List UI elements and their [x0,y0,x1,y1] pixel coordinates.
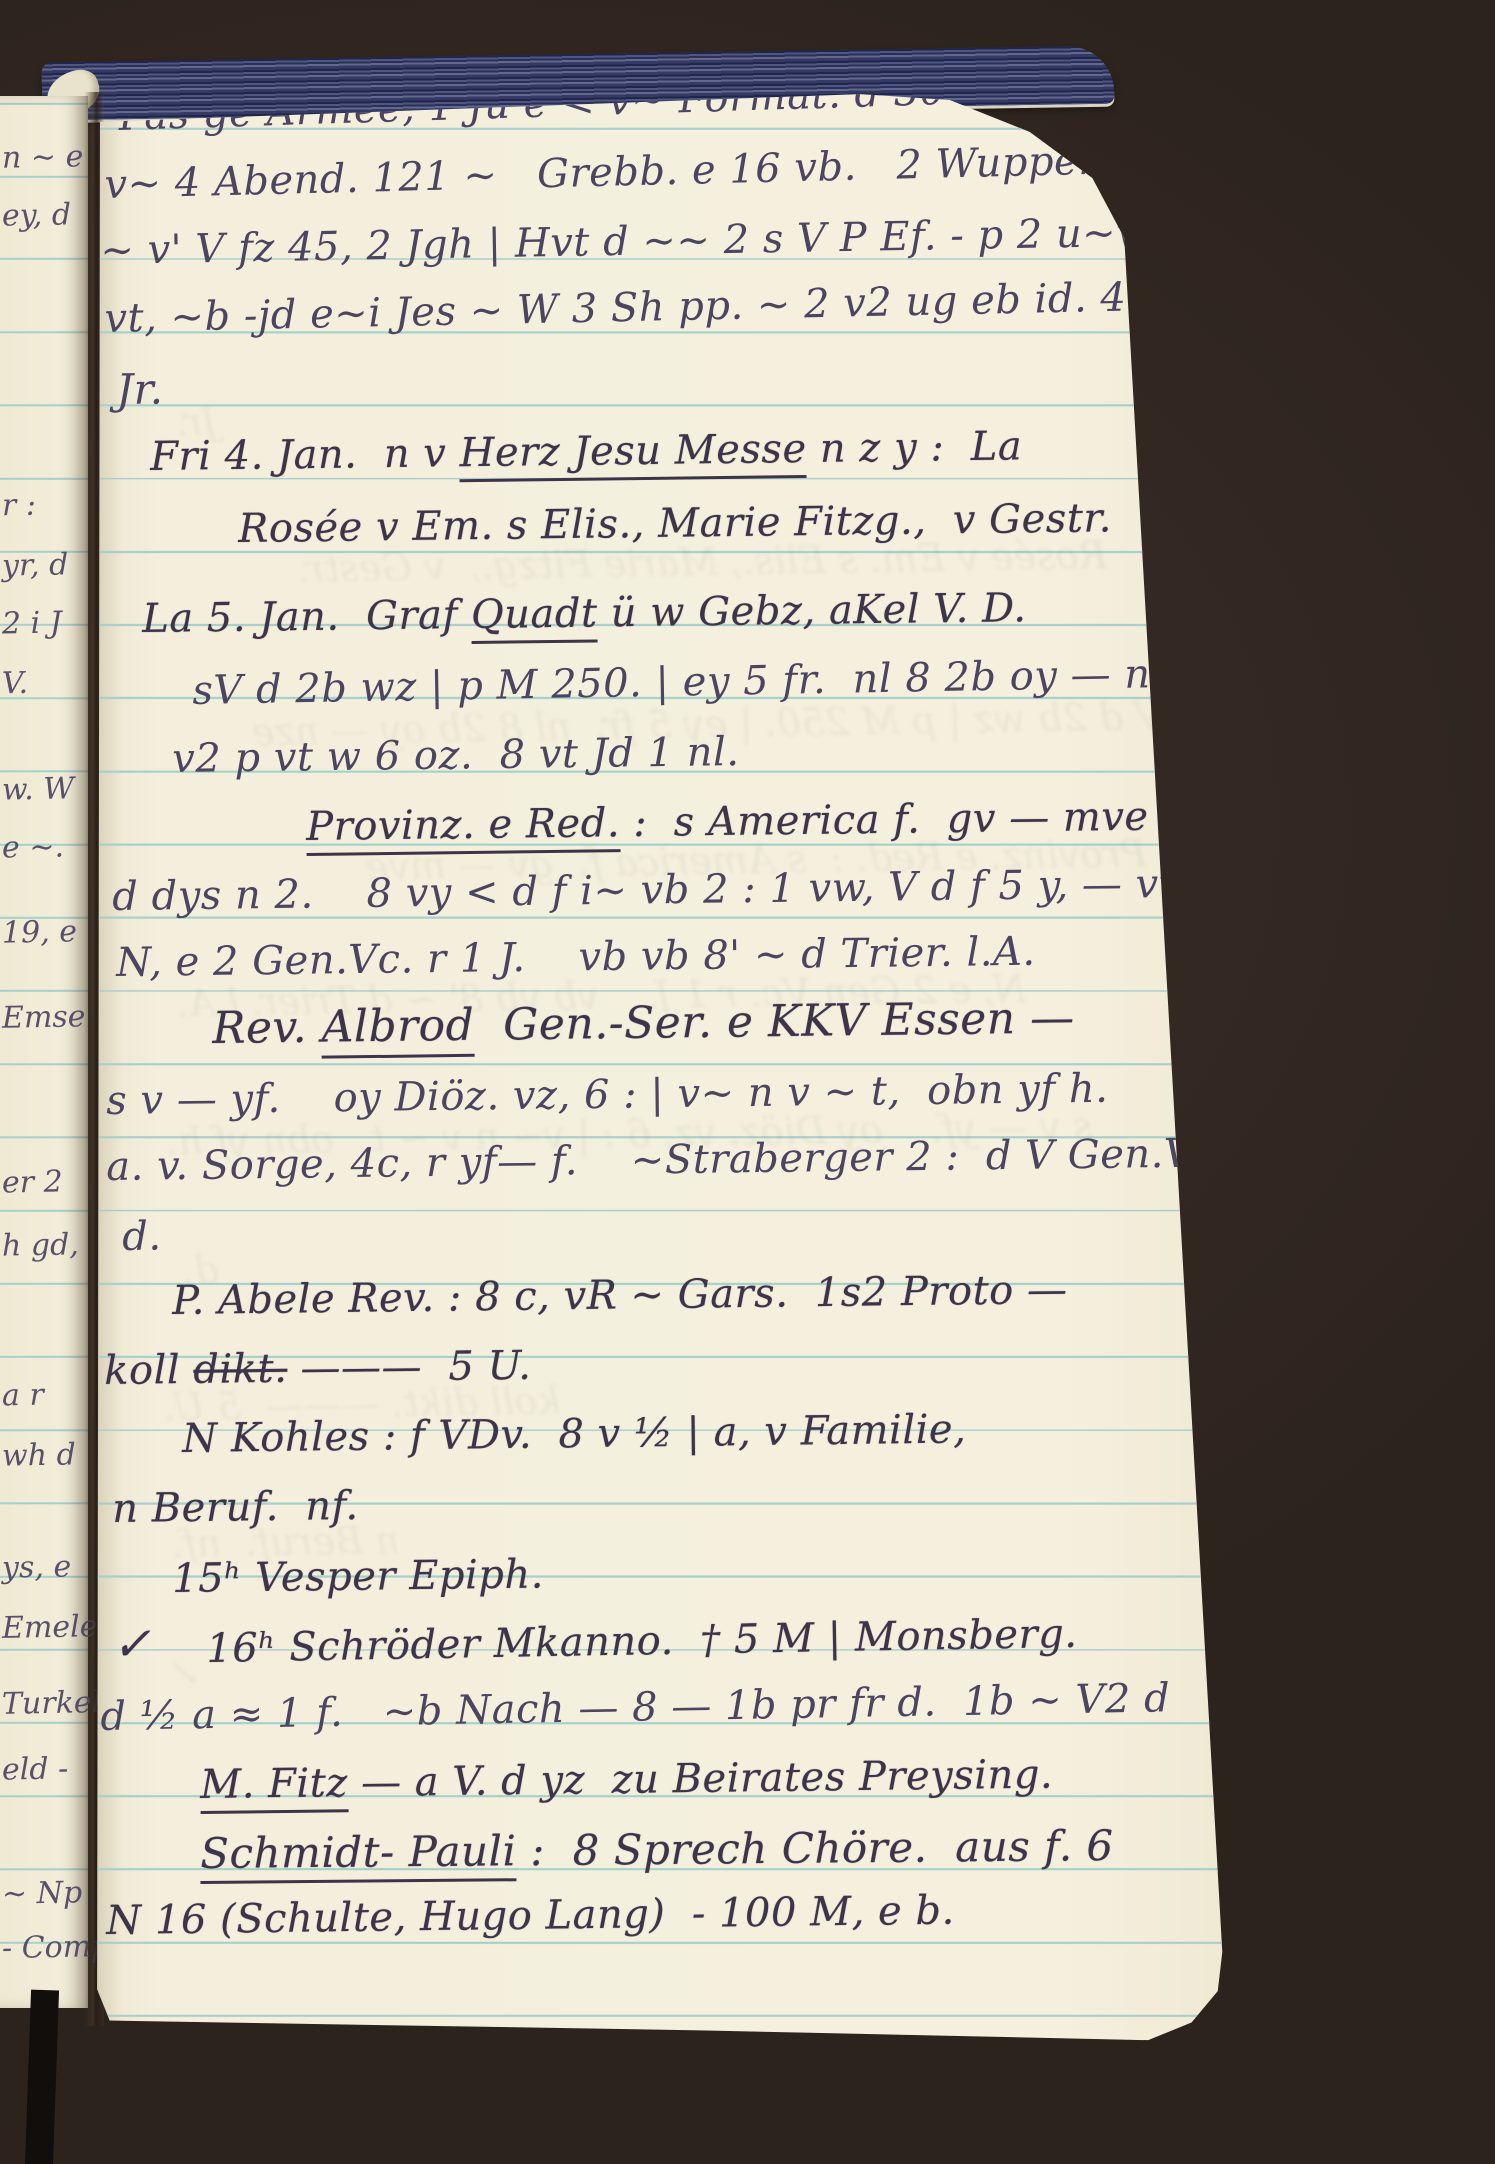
handwritten-line: Jr. [116,367,164,412]
margin-fragment: yr, d [2,547,69,583]
handwritten-line: ~ v' V fz 45, 2 Jgh | Hvt d ~~ 2 s V P E… [100,212,1154,272]
handwriting-segment: : s America f. gv — mve [620,794,1149,846]
margin-fragment: h gd, [2,1227,79,1263]
underlined-word: Provinz. e Red. [306,800,620,856]
handwriting-segment: Fri 4. Jan. n v [150,430,460,480]
handwritten-line: 15ʰ Vesper Epiph. [172,1553,544,1600]
handwriting-segment: — a V. d yz zu Beirates Preysing. [348,1752,1054,1807]
handwriting-segment: vt, ~b -jd e~i Jes ~ W 3 Sh pp. ~ 2 v2 u… [104,272,1229,342]
handwritten-line: v2 p vt w 6 oz. 8 vt Jd 1 nl. [172,731,740,780]
margin-fragment: n ~ e [2,139,84,175]
handwriting-segment: d ½ a ≈ 1 f. ~b Nach — 8 — 1b pr fr d. 1… [100,1675,1171,1740]
handwritten-line: N 16 (Schulte, Hugo Lang) - 100 M, e b. [106,1890,955,1942]
handwritten-line: n Beruf. nf. [112,1485,359,1530]
handwriting-segment: ~ v' V fz 45, 2 Jgh | Hvt d ~~ 2 s V P E… [100,210,1154,274]
handwritten-line: N Kohles : f VDv. 8 v ½ | a, v Familie, [182,1408,967,1460]
handwritten-line: Rev. Albrod Gen.-Ser. e KKV Essen — [212,995,1075,1052]
handwriting-segment: sV d 2b wz | p M 250. | ey 5 fr. nl 8 2b… [192,650,1197,714]
margin-fragment: 2 i J [2,605,62,641]
handwritten-line: v~ 4 Abend. 121 ~ Grebb. e 16 vb. 2 Wupp… [104,135,1271,205]
handwriting-segment: ü w Gebz, aKel V. D. [597,585,1026,636]
handwriting-segment: v2 p vt w 6 oz. 8 vt Jd 1 nl. [172,729,740,782]
handwriting-layer: Pas ge Armee, 1 Ju e < v~ Format. d 30 N… [88,88,1228,2048]
handwriting-segment: n z y : La [806,423,1022,472]
left-page-sliver: n ~ eey, dr :yr, d2 i JV.w. We ~.19, eEm… [0,96,88,2008]
handwritten-line: s v — yf. oy Diöz. vz, 6 : | v~ n v ~ t,… [106,1068,1109,1122]
handwriting-segment: P. Abele Rev. : 8 c, vR ~ Gars. 1s2 Prot… [172,1267,1068,1324]
handwriting-segment: Jr. [116,364,164,414]
handwriting-segment: d dys n 2. 8 vy < d f i~ vb 2 : 1 vw, V … [112,861,1182,920]
handwritten-line: ✓ [112,1620,152,1669]
handwriting-segment: 16ʰ Schröder Mkanno. † 5 M | Monsberg. [206,1611,1078,1672]
handwritten-line: vt, ~b -jd e~i Jes ~ W 3 Sh pp. ~ 2 v2 u… [104,274,1229,340]
handwritten-line: Rosée v Em. s Elis., Marie Fitzg., v Ges… [238,497,1112,550]
handwriting-segment: N Kohles : f VDv. 8 v ½ | a, v Familie, [182,1406,967,1462]
cover-edge [25,1990,59,2164]
margin-fragment: e ~. [2,829,65,865]
handwritten-line: d ½ a ≈ 1 f. ~b Nach — 8 — 1b pr fr d. 1… [100,1677,1170,1738]
margin-fragment: V. [2,666,29,701]
handwritten-line: P. Abele Rev. : 8 c, vR ~ Gars. 1s2 Prot… [172,1269,1068,1322]
handwriting-segment: 15ʰ Vesper Epiph. [172,1551,544,1602]
handwritten-line: a. v. Sorge, 4c, r yf— f. ~Straberger 2 … [106,1132,1230,1188]
margin-fragment: w. W [2,771,75,807]
handwritten-line: N, e 2 Gen.Vc. r 1 J. vb vb 8' ~ d Trier… [116,931,1036,984]
handwritten-line: M. Fitz — a V. d yz zu Beirates Preysing… [200,1754,1053,1806]
handwritten-line: Fri 4. Jan. n v Herz Jesu Messe n z y : … [150,425,1022,478]
margin-fragment: a r [2,1378,44,1414]
underlined-word: M. Fitz [200,1760,348,1814]
handwriting-segment: Rev. [212,1002,322,1054]
handwritten-line: Provinz. e Red. : s America f. gv — mve [306,796,1149,848]
handwriting-segment: s v — yf. oy Diöz. vz, 6 : | v~ n v ~ t,… [106,1066,1109,1124]
handwriting-segment: La 5. Jan. Graf [142,592,471,642]
handwriting-segment: Gen.-Ser. e KKV Essen — [474,992,1075,1050]
margin-fragment: r : [2,488,37,524]
handwriting-segment: Rosée v Em. s Elis., Marie Fitzg., v Ges… [238,495,1112,552]
handwritten-line: d dys n 2. 8 vy < d f i~ vb 2 : 1 vw, V … [112,863,1182,918]
underlined-word: Herz Jesu Messe [459,426,807,482]
underlined-word: Albrod [321,1000,474,1059]
margin-fragment: ys, e [2,1549,72,1585]
handwriting-segment: d. [122,1214,162,1260]
handwritten-line: 16ʰ Schröder Mkanno. † 5 M | Monsberg. [206,1613,1078,1670]
handwriting-segment: a. v. Sorge, 4c, r yf— f. ~Straberger 2 … [106,1130,1230,1190]
handwriting-segment: : 8 Sprech Chöre. aus f. 6 [516,1821,1114,1875]
handwriting-segment: koll [104,1347,194,1394]
margin-fragment: er 2 [2,1164,63,1200]
left-page-fragments: n ~ eey, dr :yr, d2 i JV.w. We ~.19, eEm… [0,96,88,2008]
handwriting-segment: ——— 5 U. [287,1343,532,1392]
handwriting-segment: n Beruf. nf. [112,1483,359,1532]
handwritten-line: d. [122,1216,162,1258]
handwritten-line: La 5. Jan. Graf Quadt ü w Gebz, aKel V. … [142,587,1027,640]
margin-fragment: ey, d [2,197,72,233]
underlined-word: Schmidt- Pauli [200,1826,517,1884]
handwritten-line: koll dikt. ——— 5 U. [104,1345,532,1392]
margin-fragment: eld - [2,1751,69,1787]
struck-word: dikt. [193,1346,287,1393]
handwriting-segment: N, e 2 Gen.Vc. r 1 J. vb vb 8' ~ d Trier… [116,929,1036,986]
handwriting-segment: ✓ [112,1617,152,1671]
notebook-page: Jr.Rosée v Em. s Elis., Marie Fitzg., v … [88,88,1228,2048]
handwriting-segment: N 16 (Schulte, Hugo Lang) - 100 M, e b. [106,1888,955,1944]
margin-fragment: ~ Np [2,1875,83,1911]
photo-scene: n ~ eey, dr :yr, d2 i JV.w. We ~.19, eEm… [0,0,1495,2164]
margin-fragment: Emse [2,999,86,1035]
underlined-word: Quadt [471,590,598,644]
margin-fragment: 19, e [2,914,78,950]
handwriting-segment: v~ 4 Abend. 121 ~ Grebb. e 16 vb. 2 Wupp… [104,133,1272,207]
margin-fragment: wh d [2,1437,76,1473]
handwritten-line: sV d 2b wz | p M 250. | ey 5 fr. nl 8 2b… [192,652,1197,712]
handwritten-line: Schmidt- Pauli : 8 Sprech Chöre. aus f. … [200,1824,1114,1876]
